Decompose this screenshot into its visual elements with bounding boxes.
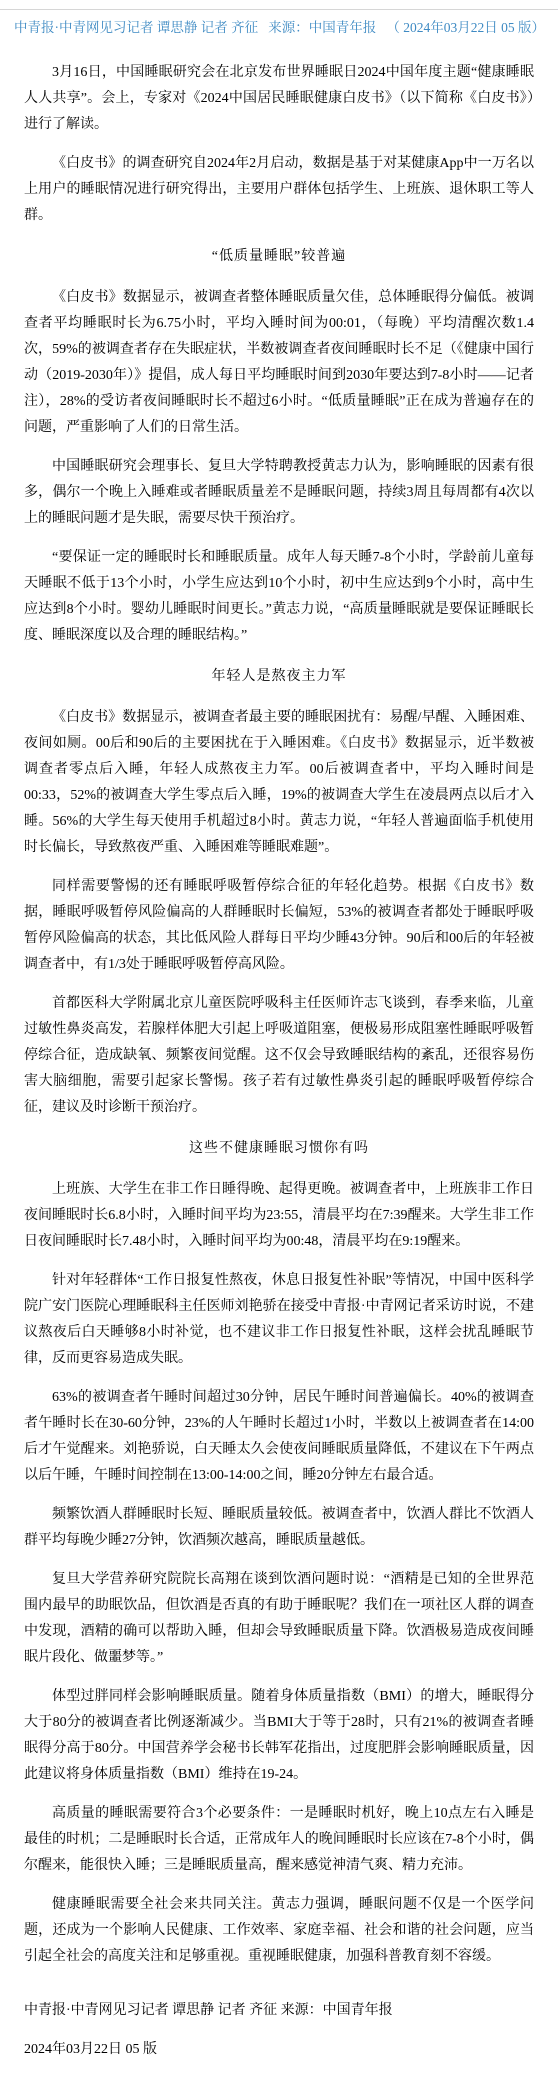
article-paragraph: 中国睡眠研究会理事长、复旦大学特聘教授黄志力认为，影响睡眠的因素有很多，偶尔一个… (24, 454, 534, 532)
page: { "page": { "background": "#ffffff", "ac… (0, 9, 558, 2090)
article-paragraph: 针对年轻群体“工作日报复性熬夜，休息日报复性补眠”等情况，中国中医科学院广安门医… (24, 1268, 534, 1372)
section-heading: 这些不健康睡眠习惯你有吗 (24, 1136, 534, 1162)
article-paragraph: 《白皮书》数据显示，被调查者整体睡眠质量欠佳，总体睡眠得分偏低。被调查者平均睡眠… (24, 285, 534, 441)
article-paragraph: 复旦大学营养研究院院长高翔在谈到饮酒问题时说：“酒精是已知的全世界范围内最早的助… (24, 1567, 534, 1671)
article-body: 3月16日，中国睡眠研究会在北京发布世界睡眠日2024中国年度主题“健康睡眠 人… (0, 39, 558, 1970)
section-heading: “低质量睡眠”较普遍 (24, 244, 534, 270)
article-paragraph: 上班族、大学生在非工作日睡得晚、起得更晚。被调查者中，上班族非工作日夜间睡眠时长… (24, 1177, 534, 1255)
article-paragraph: 首都医科大学附属北京儿童医院呼吸科主任医师许志飞谈到，春季来临，儿童过敏性鼻炎高… (24, 991, 534, 1121)
article-paragraph: 同样需要警惕的还有睡眠呼吸暂停综合征的年轻化趋势。根据《白皮书》数据，睡眠呼吸暂… (24, 874, 534, 978)
article-footer: 中青报·中青网见习记者 谭思静 记者 齐征 来源：中国青年报 2024年03月2… (0, 1983, 558, 2090)
article-paragraph: 高质量的睡眠需要符合3个必要条件：一是睡眠时机好，晚上10点左右入睡是最佳的时机… (24, 1801, 534, 1879)
article-paragraph: 《白皮书》的调查研究自2024年2月启动，数据是基于对某健康App中一万名以上用… (24, 151, 534, 229)
article-paragraph: 体型过胖同样会影响睡眠质量。随着身体质量指数（BMI）的增大，睡眠得分大于80分… (24, 1684, 534, 1788)
article-paragraph: 频繁饮酒人群睡眠时长短、睡眠质量较低。被调查者中，饮酒人群比不饮酒人群平均每晚少… (24, 1502, 534, 1554)
article-paragraph: 健康睡眠需要全社会来共同关注。黄志力强调，睡眠问题不仅是一个医学问题，还成为一个… (24, 1892, 534, 1970)
article-paragraph: 63%的被调查者午睡时间超过30分钟，居民午睡时间普遍偏长。40%的被调查者午睡… (24, 1385, 534, 1489)
article-paragraph: 《白皮书》数据显示，被调查者最主要的睡眠困扰有：易醒/早醒、入睡困难、夜间如厕。… (24, 705, 534, 861)
section-heading: 年轻人是熬夜主力军 (24, 664, 534, 690)
footer-byline: 中青报·中青网见习记者 谭思静 记者 齐征 来源：中国青年报 (24, 1998, 534, 2024)
article-header: 中青报·中青网见习记者 谭思静 记者 齐征 来源：中国青年报 （ 2024年03… (0, 10, 558, 39)
footer-date-edition: 2024年03月22日 05 版 (24, 2037, 534, 2063)
byline: 中青报·中青网见习记者 谭思静 记者 齐征 (14, 17, 258, 39)
article-paragraph: “要保证一定的睡眠时长和睡眠质量。成年人每天睡7-8个小时，学龄前儿童每天睡眠不… (24, 545, 534, 649)
date-edition: （ 2024年03月22日 05 版） (386, 17, 545, 39)
source-label: 来源：中国青年报 (268, 17, 376, 39)
article-paragraph: 3月16日，中国睡眠研究会在北京发布世界睡眠日2024中国年度主题“健康睡眠 人… (24, 60, 534, 138)
